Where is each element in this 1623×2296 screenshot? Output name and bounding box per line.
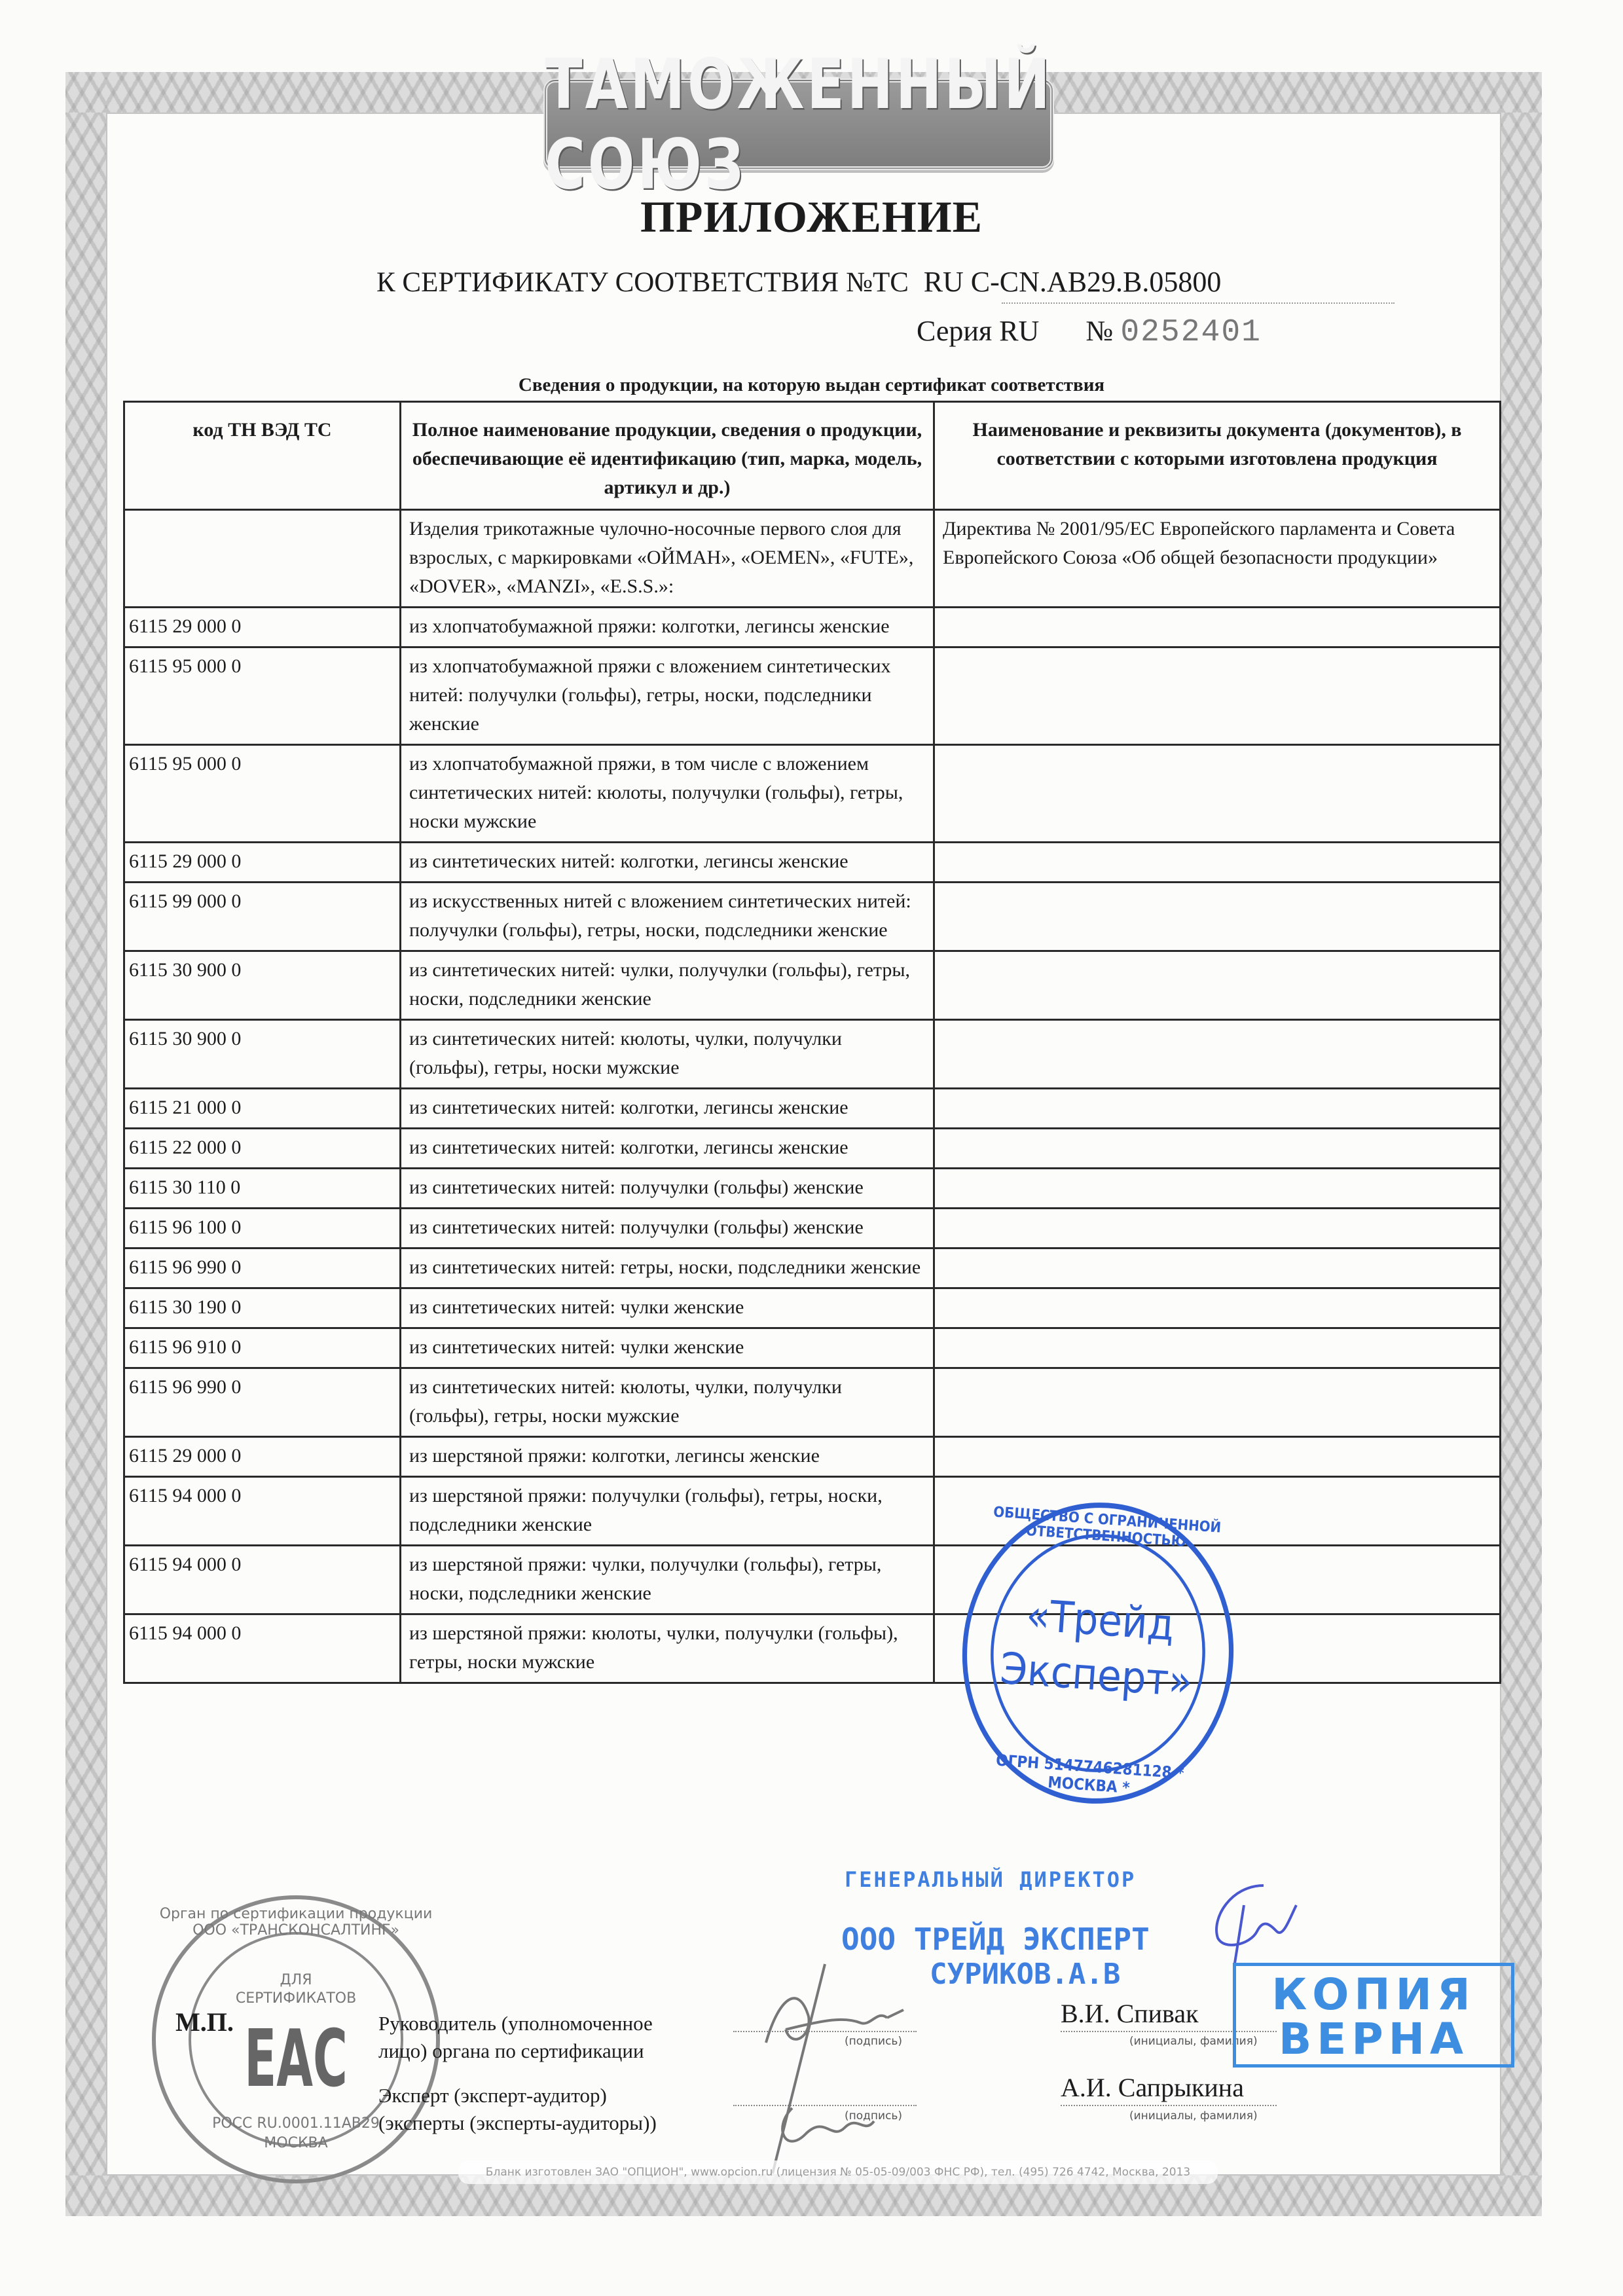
table-row: 6115 22 000 0из синтетических нитей: кол… xyxy=(124,1129,1501,1169)
cell-code: 6115 99 000 0 xyxy=(124,883,401,951)
cell-code: 6115 29 000 0 xyxy=(124,843,401,883)
cell-code: 6115 95 000 0 xyxy=(124,647,401,745)
stamp-certificates-label: СЕРТИФИКАТОВ xyxy=(156,1990,436,2008)
printer-note: Бланк изготовлен ЗАО "ОПЦИОН", www.opcio… xyxy=(458,2160,1218,2184)
cell-description: из синтетических нитей: чулки, получулки… xyxy=(401,951,934,1020)
table-row: 6115 30 190 0из синтетических нитей: чул… xyxy=(124,1288,1501,1328)
cell-code: 6115 94 000 0 xyxy=(124,1614,401,1683)
cell-document xyxy=(934,843,1501,883)
head-label-line2: лицо) органа по сертификации xyxy=(378,2037,653,2065)
table-header-row: код ТН ВЭД ТС Полное наименование продук… xyxy=(124,402,1501,510)
cell-description: из синтетических нитей: гетры, носки, по… xyxy=(401,1248,934,1288)
products-table: код ТН ВЭД ТС Полное наименование продук… xyxy=(123,401,1501,1684)
cell-document xyxy=(934,1020,1501,1089)
expert-label-line1: Эксперт (эксперт-аудитор) xyxy=(378,2082,657,2109)
head-label-line1: Руководитель (уполномоченное xyxy=(378,2010,653,2037)
head-label: Руководитель (уполномоченное лицо) орган… xyxy=(378,2010,653,2065)
table-row: 6115 94 000 0из шерстяной пряжи: получул… xyxy=(124,1477,1501,1546)
handwritten-signature-icon xyxy=(746,1958,917,2180)
banner-text: ТАМОЖЕННЫЙ СОЮЗ xyxy=(545,45,1052,205)
cell-code xyxy=(124,510,401,608)
cell-description: из хлопчатобумажной пряжи: колготки, лег… xyxy=(401,608,934,647)
cell-description: Изделия трикотажные чулочно-носочные пер… xyxy=(401,510,934,608)
customs-union-banner: ТАМОЖЕННЫЙ СОЮЗ xyxy=(543,79,1054,170)
table-row: 6115 30 110 0из синтетических нитей: пол… xyxy=(124,1169,1501,1209)
column-header-code: код ТН ВЭД ТС xyxy=(124,402,401,510)
cell-document xyxy=(934,1089,1501,1129)
series-line: Серия RU № 0252401 xyxy=(917,314,1262,350)
stamp-ring-text: Орган по сертификации продукции ООО «ТРА… xyxy=(156,1906,436,1939)
cell-code: 6115 29 000 0 xyxy=(124,1437,401,1477)
table-caption: Сведения о продукции, на которую выдан с… xyxy=(0,374,1623,396)
cell-code: 6115 29 000 0 xyxy=(124,608,401,647)
cell-code: 6115 30 900 0 xyxy=(124,951,401,1020)
table-row: 6115 94 000 0из шерстяной пряжи: кюлоты,… xyxy=(124,1614,1501,1683)
director-signature-icon xyxy=(1205,1879,1303,1971)
cell-description: из искусственных нитей с вложением синте… xyxy=(401,883,934,951)
expert-name-hint: (инициалы, фамилия) xyxy=(1129,2109,1258,2123)
director-company: ООО ТРЕЙД ЭКСПЕРТ xyxy=(841,1922,1150,1957)
stamp-for-certificates: ДЛЯ СЕРТИФИКАТОВ xyxy=(156,1971,436,2008)
table-row: 6115 29 000 0из синтетических нитей: кол… xyxy=(124,843,1501,883)
cell-description: из хлопчатобумажной пряжи, в том числе с… xyxy=(401,745,934,843)
cell-code: 6115 95 000 0 xyxy=(124,745,401,843)
eac-mark: ЕАС xyxy=(212,2014,380,2105)
true-copy-line2: ВЕРНА xyxy=(1236,2017,1511,2062)
seal-place-label: М.П. xyxy=(175,2007,234,2037)
table-row: 6115 30 900 0из синтетических нитей: чул… xyxy=(124,951,1501,1020)
cell-document xyxy=(934,1437,1501,1477)
cell-document xyxy=(934,608,1501,647)
cell-document xyxy=(934,1248,1501,1288)
serial-number: 0252401 xyxy=(1120,315,1262,350)
table-row: 6115 94 000 0из шерстяной пряжи: чулки, … xyxy=(124,1546,1501,1614)
table-row: 6115 29 000 0из хлопчатобумажной пряжи: … xyxy=(124,608,1501,647)
cell-description: из синтетических нитей: колготки, легинс… xyxy=(401,1089,934,1129)
number-label: № xyxy=(1085,315,1113,347)
expert-label-line2: (эксперты (эксперты-аудиторы)) xyxy=(378,2109,657,2137)
expert-name-line xyxy=(1061,2105,1277,2106)
true-copy-stamp: КОПИЯ ВЕРНА xyxy=(1233,1963,1514,2068)
table-row: 6115 99 000 0из искусственных нитей с вл… xyxy=(124,883,1501,951)
cell-code: 6115 30 900 0 xyxy=(124,1020,401,1089)
cell-description: из синтетических нитей: колготки, легинс… xyxy=(401,1129,934,1169)
head-name: В.И. Спивак xyxy=(1061,1998,1199,2029)
cell-description: из синтетических нитей: колготки, легинс… xyxy=(401,843,934,883)
cell-description: из шерстяной пряжи: получулки (гольфы), … xyxy=(401,1477,934,1546)
cell-document xyxy=(934,883,1501,951)
cell-code: 6115 96 990 0 xyxy=(124,1248,401,1288)
cell-description: из хлопчатобумажной пряжи с вложением си… xyxy=(401,647,934,745)
table-row: Изделия трикотажные чулочно-носочные пер… xyxy=(124,510,1501,608)
page-title: ПРИЛОЖЕНИЕ xyxy=(0,191,1623,243)
table-row: 6115 30 900 0из синтетических нитей: кюл… xyxy=(124,1020,1501,1089)
cell-code: 6115 94 000 0 xyxy=(124,1546,401,1614)
series-label: Серия RU xyxy=(917,315,1039,347)
cell-description: из синтетических нитей: чулки женские xyxy=(401,1288,934,1328)
cell-description: из шерстяной пряжи: колготки, легинсы же… xyxy=(401,1437,934,1477)
director-title: ГЕНЕРАЛЬНЫЙ ДИРЕКТОР xyxy=(845,1867,1136,1892)
certificate-line: К СЕРТИФИКАТУ СООТВЕТСТВИЯ №ТС RU C-CN.A… xyxy=(376,265,1221,299)
cell-document xyxy=(934,1129,1501,1169)
cell-code: 6115 96 910 0 xyxy=(124,1328,401,1368)
cell-description: из синтетических нитей: получулки (гольф… xyxy=(401,1209,934,1248)
certificate-prefix: К СЕРТИФИКАТУ СООТВЕТСТВИЯ №ТС xyxy=(376,267,909,298)
cell-document xyxy=(934,1209,1501,1248)
cell-document xyxy=(934,1368,1501,1437)
cell-document xyxy=(934,1328,1501,1368)
cell-code: 6115 21 000 0 xyxy=(124,1089,401,1129)
cell-description: из шерстяной пряжи: чулки, получулки (го… xyxy=(401,1546,934,1614)
true-copy-line1: КОПИЯ xyxy=(1236,1973,1511,2017)
certificate-number: RU C-CN.AB29.B.05800 xyxy=(924,266,1222,298)
column-header-document: Наименование и реквизиты документа (доку… xyxy=(934,402,1501,510)
table-row: 6115 96 100 0из синтетических нитей: пол… xyxy=(124,1209,1501,1248)
table-row: 6115 96 990 0из синтетических нитей: гет… xyxy=(124,1248,1501,1288)
stamp-for-label: ДЛЯ xyxy=(156,1971,436,1990)
cell-document xyxy=(934,745,1501,843)
expert-name: А.И. Сапрыкина xyxy=(1061,2072,1244,2103)
table-row: 6115 96 990 0из синтетических нитей: кюл… xyxy=(124,1368,1501,1437)
cell-code: 6115 94 000 0 xyxy=(124,1477,401,1546)
table-row: 6115 96 910 0из синтетических нитей: чул… xyxy=(124,1328,1501,1368)
table-row: 6115 95 000 0из хлопчатобумажной пряжи, … xyxy=(124,745,1501,843)
column-header-description: Полное наименование продукции, сведения … xyxy=(401,402,934,510)
stamp-center-text: «Трейд Эксперт» xyxy=(964,1584,1232,1711)
expert-label: Эксперт (эксперт-аудитор) (эксперты (экс… xyxy=(378,2082,657,2137)
cell-description: из синтетических нитей: получулки (гольф… xyxy=(401,1169,934,1209)
cell-description: из синтетических нитей: кюлоты, чулки, п… xyxy=(401,1368,934,1437)
cell-document xyxy=(934,1288,1501,1328)
table-row: 6115 29 000 0из шерстяной пряжи: колготк… xyxy=(124,1437,1501,1477)
cell-document xyxy=(934,1169,1501,1209)
cell-code: 6115 96 990 0 xyxy=(124,1368,401,1437)
director-name: СУРИКОВ.А.В xyxy=(930,1958,1120,1991)
cell-document xyxy=(934,647,1501,745)
cell-document xyxy=(934,951,1501,1020)
cell-document: Директива № 2001/95/ЕС Европейского парл… xyxy=(934,510,1501,608)
cell-code: 6115 22 000 0 xyxy=(124,1129,401,1169)
cell-code: 6115 30 110 0 xyxy=(124,1169,401,1209)
cell-code: 6115 96 100 0 xyxy=(124,1209,401,1248)
cell-code: 6115 30 190 0 xyxy=(124,1288,401,1328)
cell-description: из синтетических нитей: чулки женские xyxy=(401,1328,934,1368)
certificate-underline xyxy=(1002,302,1395,304)
cell-description: из шерстяной пряжи: кюлоты, чулки, получ… xyxy=(401,1614,934,1683)
table-row: 6115 21 000 0из синтетических нитей: кол… xyxy=(124,1089,1501,1129)
cell-description: из синтетических нитей: кюлоты, чулки, п… xyxy=(401,1020,934,1089)
table-row: 6115 95 000 0из хлопчатобумажной пряжи с… xyxy=(124,647,1501,745)
